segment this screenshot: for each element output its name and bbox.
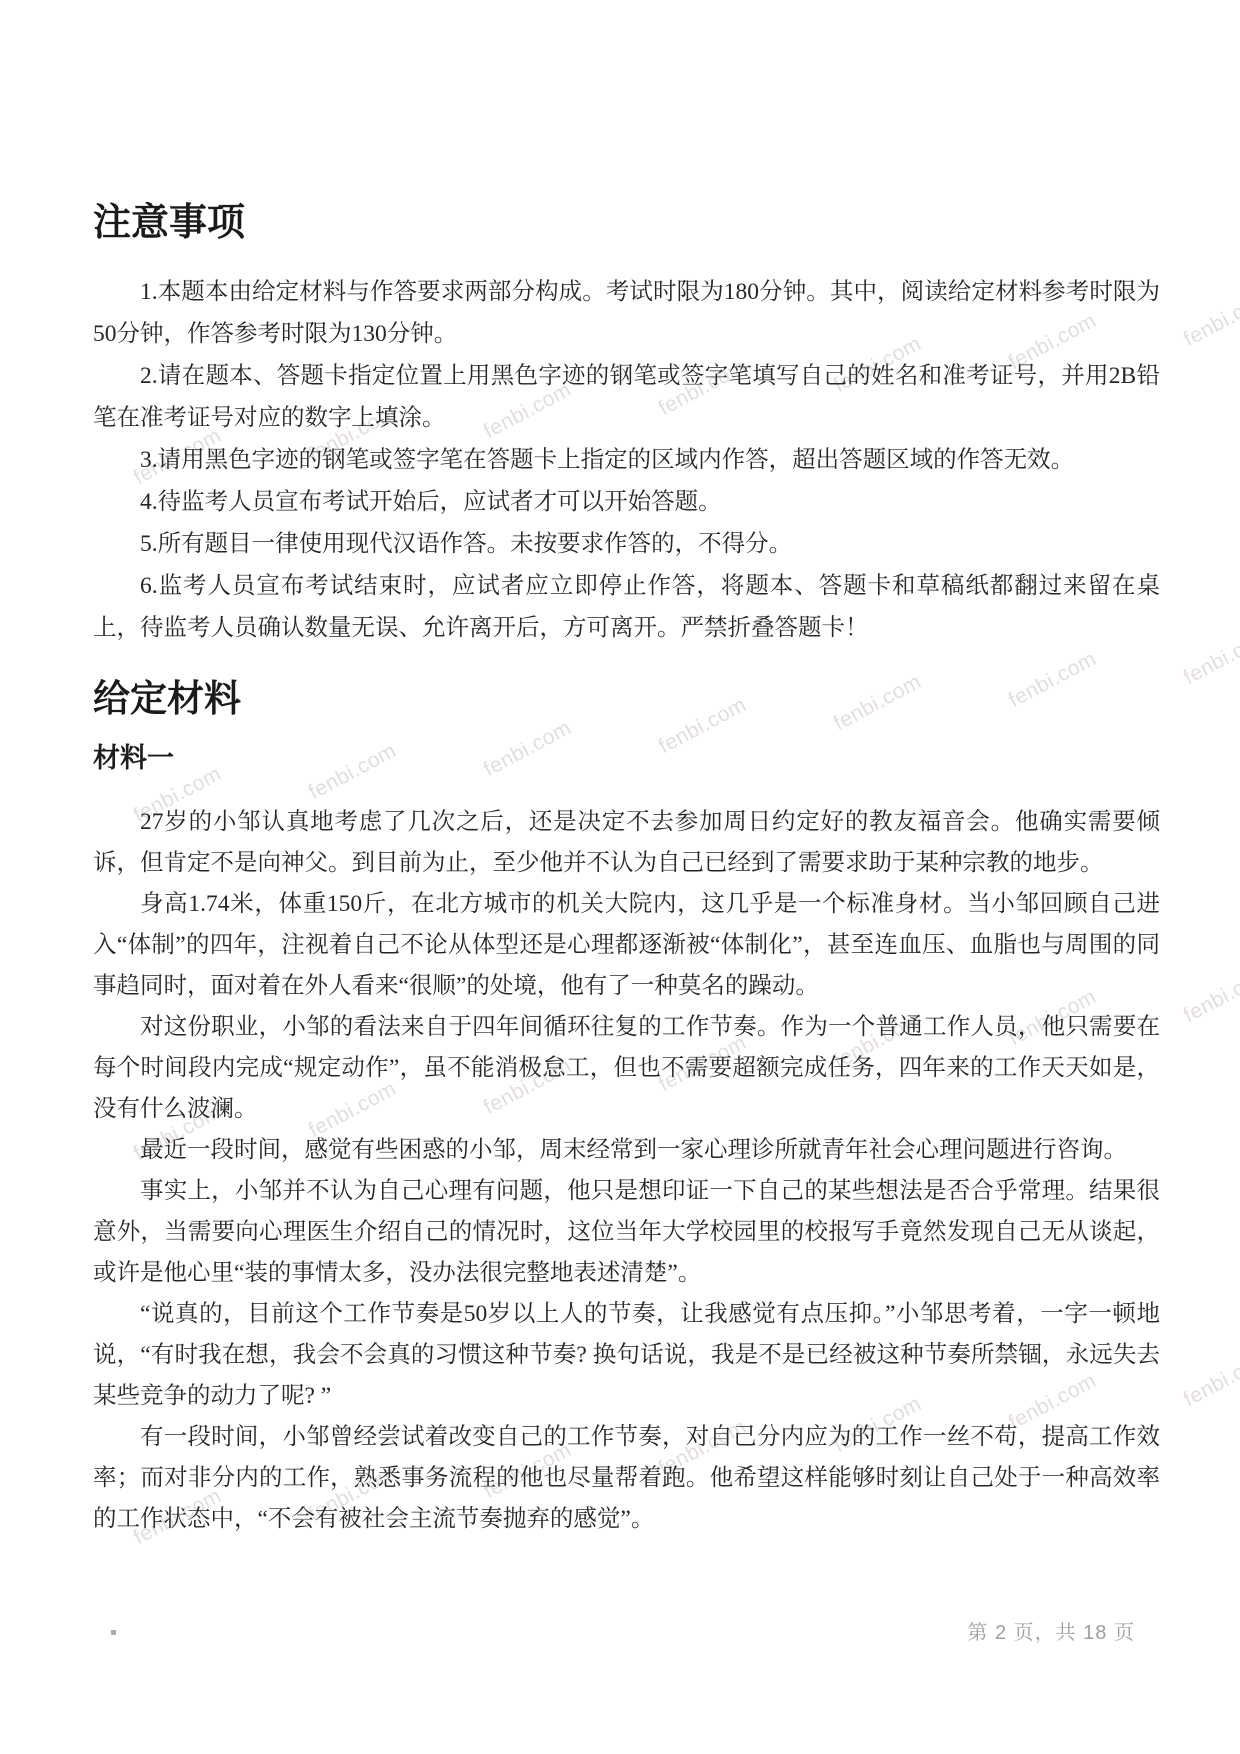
material-paragraph: 身高1.74米，体重150斤，在北方城市的机关大院内，这几乎是一个标准身材。当小… (93, 884, 1160, 1007)
page-corner-dot (111, 1630, 116, 1635)
material-one-paragraphs: 27岁的小邹认真地考虑了几次之后，还是决定不去参加周日约定好的教友福音会。他确实… (93, 802, 1160, 1540)
material-paragraph: 对这份职业，小邹的看法来自于四年间循环往复的工作节奏。作为一个普通工作人员，他只… (93, 1007, 1160, 1130)
notice-title: 注意事项 (93, 203, 1160, 245)
notice-item: 3.请用黑色字迹的钢笔或签字笔在答题卡上指定的区域内作答，超出答题区域的作答无效… (93, 439, 1160, 481)
notice-list: 1.本题本由给定材料与作答要求两部分构成。考试时限为180分钟。其中，阅读给定材… (93, 271, 1160, 649)
material-paragraph: 有一段时间，小邹曾经尝试着改变自己的工作节奏，对自己分内应为的工作一丝不苟，提高… (93, 1417, 1160, 1540)
material-paragraph: 事实上，小邹并不认为自己心理有问题，他只是想印证一下自己的某些想法是否合乎常理。… (93, 1171, 1160, 1294)
material-one-heading: 材料一 (93, 743, 1160, 774)
material-paragraph: 最近一段时间，感觉有些困惑的小邹，周末经常到一家心理诊所就青年社会心理问题进行咨… (93, 1130, 1160, 1171)
materials-section-title: 给定材料 (93, 679, 1160, 720)
material-paragraph: 27岁的小邹认真地考虑了几次之后，还是决定不去参加周日约定好的教友福音会。他确实… (93, 802, 1160, 884)
notice-item: 4.待监考人员宣布考试开始后，应试者才可以开始答题。 (93, 481, 1160, 523)
material-paragraph: “说真的，目前这个工作节奏是50岁以上人的节奏，让我感觉有点压抑。”小邹思考着，… (93, 1294, 1160, 1417)
document-page: fenbi.comfenbi.comfenbi.comfenbi.comfenb… (0, 0, 1240, 1754)
notice-item: 5.所有题目一律使用现代汉语作答。未按要求作答的，不得分。 (93, 523, 1160, 565)
notice-item: 2.请在题本、答题卡指定位置上用黑色字迹的钢笔或签字笔填写自己的姓名和准考证号，… (93, 355, 1160, 439)
notice-item: 1.本题本由给定材料与作答要求两部分构成。考试时限为180分钟。其中，阅读给定材… (93, 271, 1160, 355)
notice-item: 6.监考人员宣布考试结束时，应试者应立即停止作答，将题本、答题卡和草稿纸都翻过来… (93, 565, 1160, 649)
page-content: 注意事项 1.本题本由给定材料与作答要求两部分构成。考试时限为180分钟。其中，… (0, 203, 1240, 1540)
page-number: 第 2 页，共 18 页 (967, 1616, 1135, 1645)
